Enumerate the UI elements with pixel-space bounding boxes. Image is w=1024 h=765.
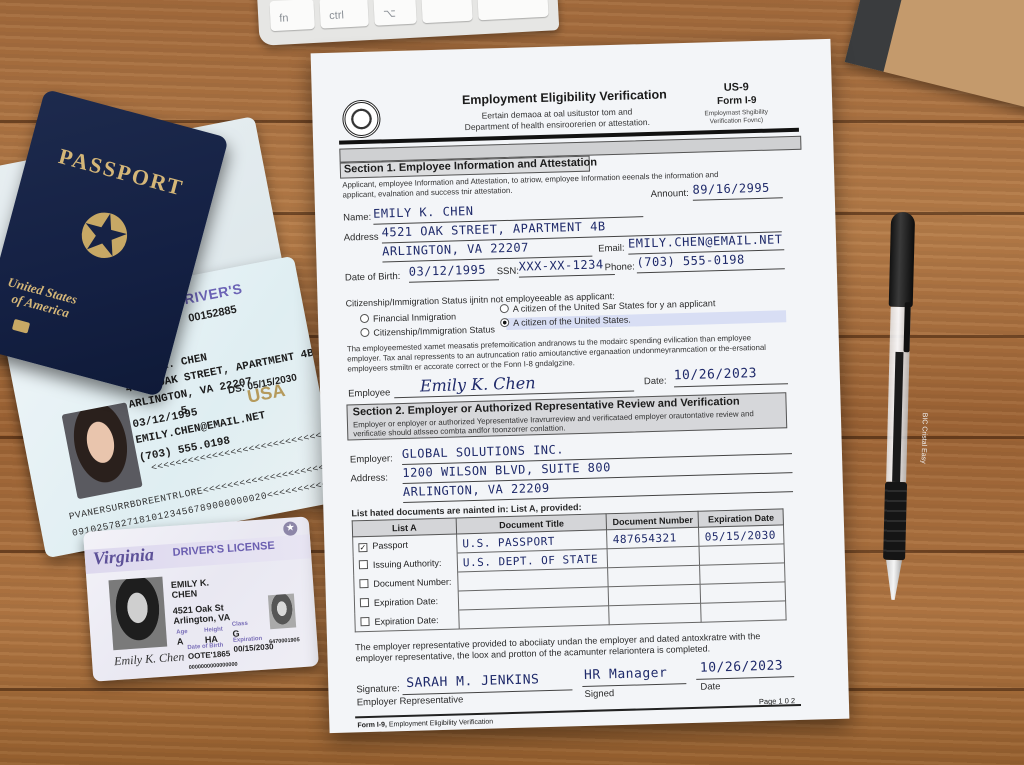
pen-tip [885, 560, 902, 600]
license-age-value: A [177, 636, 184, 646]
signature-label: Signature: [356, 683, 400, 695]
keyboard-key[interactable] [421, 0, 473, 23]
documents-table: List A Document Title Document Number Ex… [352, 508, 787, 632]
employer-address-line2-field[interactable]: ARLINGTON, VA 22209 [403, 481, 550, 499]
license-state: Virginia [92, 544, 154, 569]
checkbox-checked-icon[interactable]: ✓ [358, 543, 367, 552]
checkbox-icon[interactable] [360, 617, 369, 626]
form-title: Employment Eligibility Verification [462, 87, 667, 107]
expiration-date-cell[interactable] [700, 563, 785, 584]
employer-label: Employer: [350, 453, 393, 465]
ssn-underline [519, 274, 615, 278]
form-subtitle: Eertain demaoa at oal usitustor tom and … [464, 106, 650, 133]
status-option-citizenship[interactable]: Citizenship/Immigration Status [360, 324, 495, 338]
passport-country: United States of America [2, 274, 78, 321]
employer-date-underline [696, 676, 794, 680]
phone-underline [637, 268, 785, 273]
employer-title-underline [582, 683, 686, 687]
document-number-cell[interactable]: 487654321 [607, 527, 700, 549]
keyboard-key[interactable] [477, 0, 548, 20]
license-class-label: Class [232, 621, 248, 628]
form-code: US-9 [724, 81, 749, 94]
radio-button[interactable] [360, 314, 369, 323]
footer-form-id: Form I-9, [357, 722, 387, 730]
pen-clip [904, 302, 911, 352]
ssn-label: SSN: [497, 266, 519, 278]
footer-form-title: Employment Eligibility Verification [389, 719, 493, 729]
checkbox-label: Passport [372, 540, 408, 551]
phone-label: Phone: [605, 261, 635, 273]
checkbox-label: Issuing Authority: [373, 558, 442, 570]
document-number-cell[interactable] [609, 603, 702, 625]
license-name-line2: CHEN [171, 588, 197, 600]
form-id: Form I-9 [717, 95, 757, 107]
pen-grip [883, 482, 907, 561]
eagle-seal-icon: ✪ [52, 187, 156, 287]
employer-rep-label: Employer Representative [357, 694, 464, 708]
employer-date-label: Date [700, 681, 720, 693]
name-label: Name: [343, 212, 371, 224]
name-field[interactable]: EMILY K. CHEN [373, 204, 474, 221]
checkbox-icon[interactable] [359, 560, 368, 569]
checkbox-label: Expiration Date: [374, 615, 438, 627]
address-label: Address [344, 232, 379, 244]
keyboard-key-fn[interactable]: fn [269, 0, 315, 31]
document-title-cell[interactable] [459, 606, 610, 629]
amount-field[interactable]: 89/16/2995 [692, 181, 770, 197]
employee-date-field[interactable]: 10/26/2023 [674, 366, 758, 383]
amount-underline [693, 197, 783, 201]
expiration-date-cell[interactable] [701, 582, 786, 603]
biometric-chip-icon [12, 319, 30, 334]
status-option-label: Citizenship/Immigration Status [373, 324, 495, 337]
star-icon: ★ [283, 521, 298, 536]
license-exp-value: 00/15/2030 [233, 642, 274, 654]
form-description-line2: Verification Fovnc) [705, 117, 769, 127]
employer-address-label: Address: [350, 472, 388, 484]
pen-cap [889, 212, 915, 308]
license-serial: 6470001905 [269, 637, 300, 645]
radio-button[interactable] [360, 328, 369, 337]
keyboard-key-ctrl[interactable]: ctrl [319, 0, 369, 29]
checkbox-icon[interactable] [360, 598, 369, 607]
keyboard: fn ctrl ⌥ [257, 0, 560, 46]
employee-date-label: Date: [644, 376, 667, 388]
employee-date-underline [674, 383, 788, 387]
form-i9-page: Employment Eligibility Verification Eert… [311, 39, 850, 733]
passport-title: PASSPORT [26, 135, 216, 209]
checkbox-label: Document Number: [373, 577, 451, 589]
dob-underline [409, 279, 499, 283]
license-height-label: Height [204, 627, 223, 634]
list-a-cell[interactable]: Expiration Date: [355, 610, 459, 632]
document-number-cell[interactable] [607, 546, 700, 568]
license-photo [108, 577, 167, 651]
keyboard-key-option[interactable]: ⌥ [373, 0, 417, 26]
ballpoint-pen: BIC Cristal Easy [873, 212, 923, 608]
employer-signature-field[interactable]: SARAH M. JENKINS [406, 672, 540, 691]
document-number-cell[interactable] [609, 584, 702, 606]
email-field[interactable]: EMILY.CHEN@EMAIL.NET [628, 232, 783, 250]
data-page-photo [62, 402, 143, 499]
dob-label: Date of Birth: [345, 271, 401, 284]
expiration-date-cell[interactable]: 05/15/2030 [699, 525, 784, 546]
drivers-license-card: Virginia DRIVER'S LICENSE ★ EMILY K. CHE… [83, 516, 319, 681]
checkbox-icon[interactable] [359, 579, 368, 588]
dhs-seal-icon [342, 99, 381, 138]
expiration-date-cell[interactable] [701, 601, 786, 622]
license-dob-value: OOTE'1865 [188, 649, 231, 661]
license-signature: Emily K. Chen [114, 649, 185, 669]
page-number: Page 1 0 2 [759, 696, 796, 706]
amount-label: Annount: [651, 188, 689, 200]
checkbox-label: Expiration Date: [374, 596, 438, 608]
ssn-field[interactable]: XXX-XX-1234 [518, 257, 603, 273]
notebook-spine [845, 0, 912, 72]
email-label: Email: [598, 243, 625, 255]
expiration-date-cell[interactable] [699, 544, 784, 565]
employer-title-field[interactable]: HR Manager [584, 666, 668, 683]
footer-form-name: Form I-9, Employment Eligibility Verific… [357, 719, 493, 730]
license-dd-value: 0000000000000000 [189, 662, 238, 671]
dob-field[interactable]: 03/12/1995 [409, 263, 487, 279]
pen-brand: BIC Cristal Easy [867, 411, 928, 443]
license-age-label: Age [176, 629, 188, 636]
document-number-cell[interactable] [608, 565, 701, 587]
form-description: Employmast Shgibility Verification Fovnc… [704, 109, 768, 127]
employee-signature-field[interactable]: Emily K. Chen [420, 373, 536, 395]
status-option-financial[interactable]: Financial Inmigration [360, 311, 456, 324]
phone-field[interactable]: (703) 555-0198 [636, 252, 745, 269]
radio-button-selected[interactable] [500, 318, 509, 327]
signed-label: Signed [584, 688, 614, 700]
address-line2-field[interactable]: ARLINGTON, VA 22207 [382, 240, 529, 258]
status-option-label: Financial Inmigration [373, 311, 456, 323]
notebook [845, 0, 1024, 110]
employee-signature-label: Employee [348, 387, 391, 399]
license-ghost-photo [268, 594, 296, 630]
employer-date-field[interactable]: 10/26/2023 [700, 658, 784, 675]
employer-field[interactable]: GLOBAL SOLUTIONS INC. [402, 442, 565, 461]
radio-button[interactable] [500, 304, 509, 313]
